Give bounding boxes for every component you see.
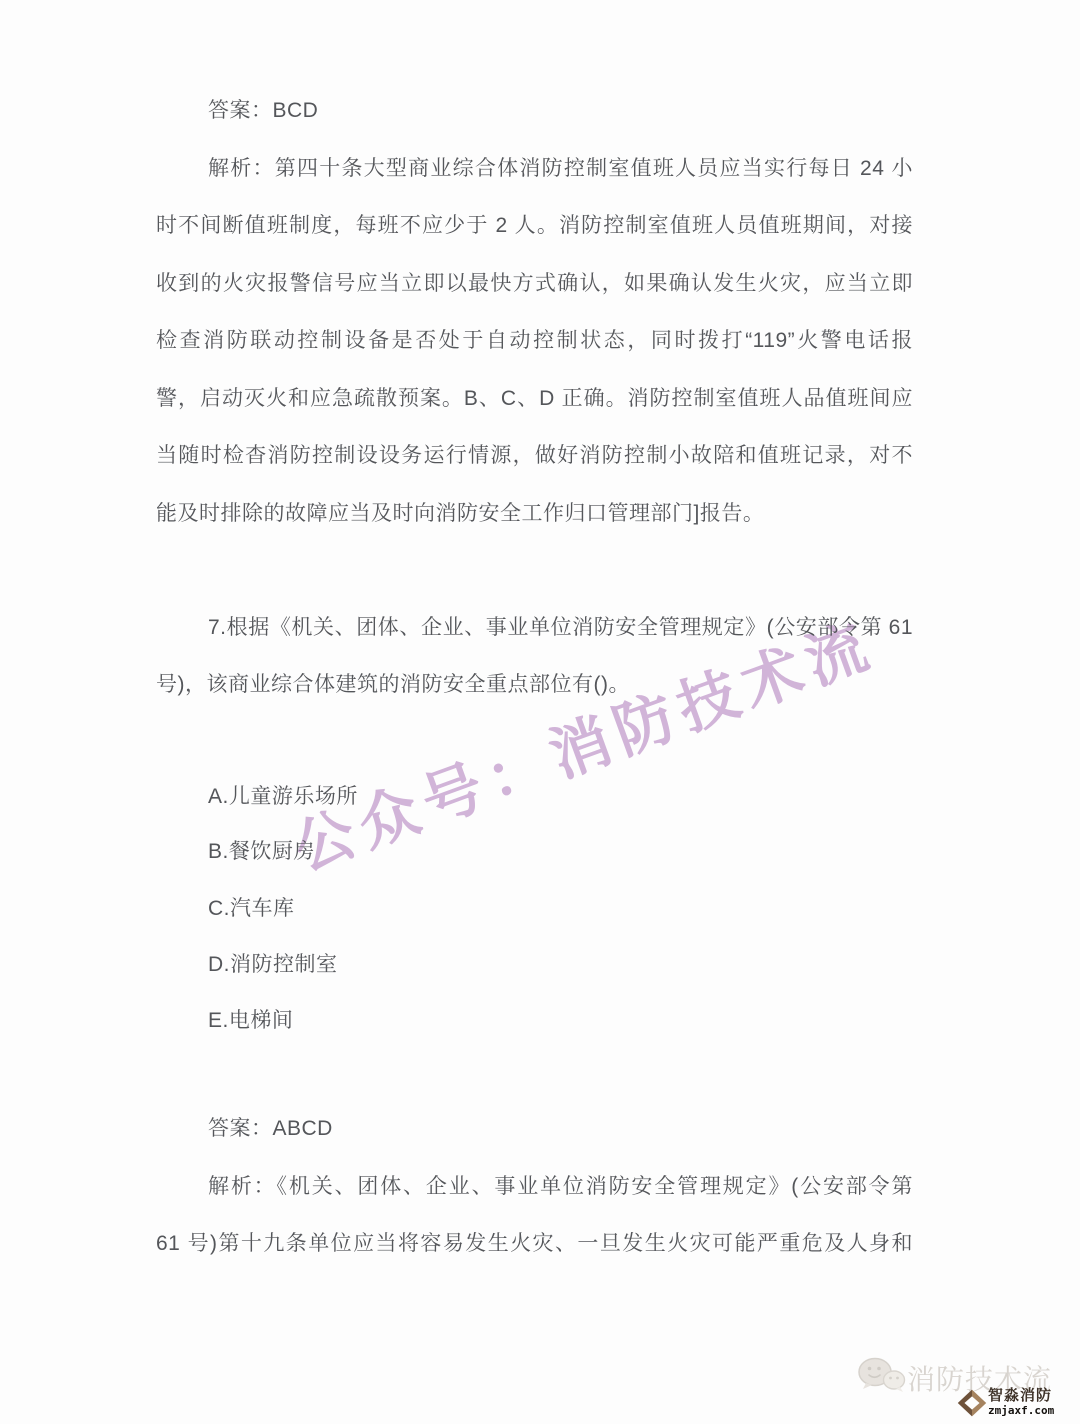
q6-analysis-line-7: 能及时排除的故障应当及时向消防安全工作归口管理部门]报告。 xyxy=(156,500,913,527)
q7-analysis-line-1: 解析：《机关、团体、企业、事业单位消防安全管理规定》(公安部令第 xyxy=(156,1173,913,1200)
q7-question-line-2: 号)，该商业综合体建筑的消防安全重点部位有()。 xyxy=(156,671,913,698)
q7-option-a: A.儿童游乐场所 xyxy=(156,783,913,810)
q7-option-c: C.汽车库 xyxy=(156,895,913,922)
q7-option-d: D.消防控制室 xyxy=(156,951,913,978)
q6-analysis-line-3: 收到的火灾报警信号应当立即以最快方式确认，如果确认发生火灾，应当立即 xyxy=(156,270,913,297)
diamond-logo-icon xyxy=(956,1388,988,1418)
q7-option-b: B.餐饮厨房 xyxy=(156,838,913,865)
brand-block: 智淼消防 zmjaxf.com xyxy=(988,1387,1080,1417)
q6-answer-line: 答案：BCD xyxy=(156,97,913,124)
q6-analysis-line-5: 警，启动灭火和应急疏散预案。B、C、D 正确。消防控制室值班人品值班间应 xyxy=(156,385,913,412)
q6-analysis-line-1: 解析：第四十条大型商业综合体消防控制室值班人员应当实行每日 24 小 xyxy=(156,155,913,182)
wechat-bubbles-icon xyxy=(856,1355,906,1395)
brand-site: zmjaxf.com xyxy=(988,1404,1080,1417)
q7-option-e: E.电梯间 xyxy=(156,1007,913,1034)
brand-name: 智淼消防 xyxy=(988,1387,1080,1404)
q6-analysis-line-4: 检查消防联动控制设备是否处于自动控制状态，同时拨打“119”火警电话报 xyxy=(156,327,913,354)
q7-answer-line: 答案：ABCD xyxy=(156,1115,913,1142)
q7-question-line-1: 7.根据《机关、团体、企业、事业单位消防安全管理规定》(公安部令第 61 xyxy=(156,614,913,641)
q6-analysis-line-2: 时不间断值班制度，每班不应少于 2 人。消防控制室值班人员值班期间，对接 xyxy=(156,212,913,239)
document-page: 公众号：消防技术流 答案：BCD 解析：第四十条大型商业综合体消防控制室值班人员… xyxy=(0,0,1080,1424)
q7-analysis-line-2: 61 号)第十九条单位应当将容易发生火灾、一旦发生火灾可能严重危及人身和 xyxy=(156,1230,913,1257)
q6-analysis-line-6: 当随时检杳消防控制设设务运行情源，做好消防控制小故陪和值班记录，对不 xyxy=(156,442,913,469)
